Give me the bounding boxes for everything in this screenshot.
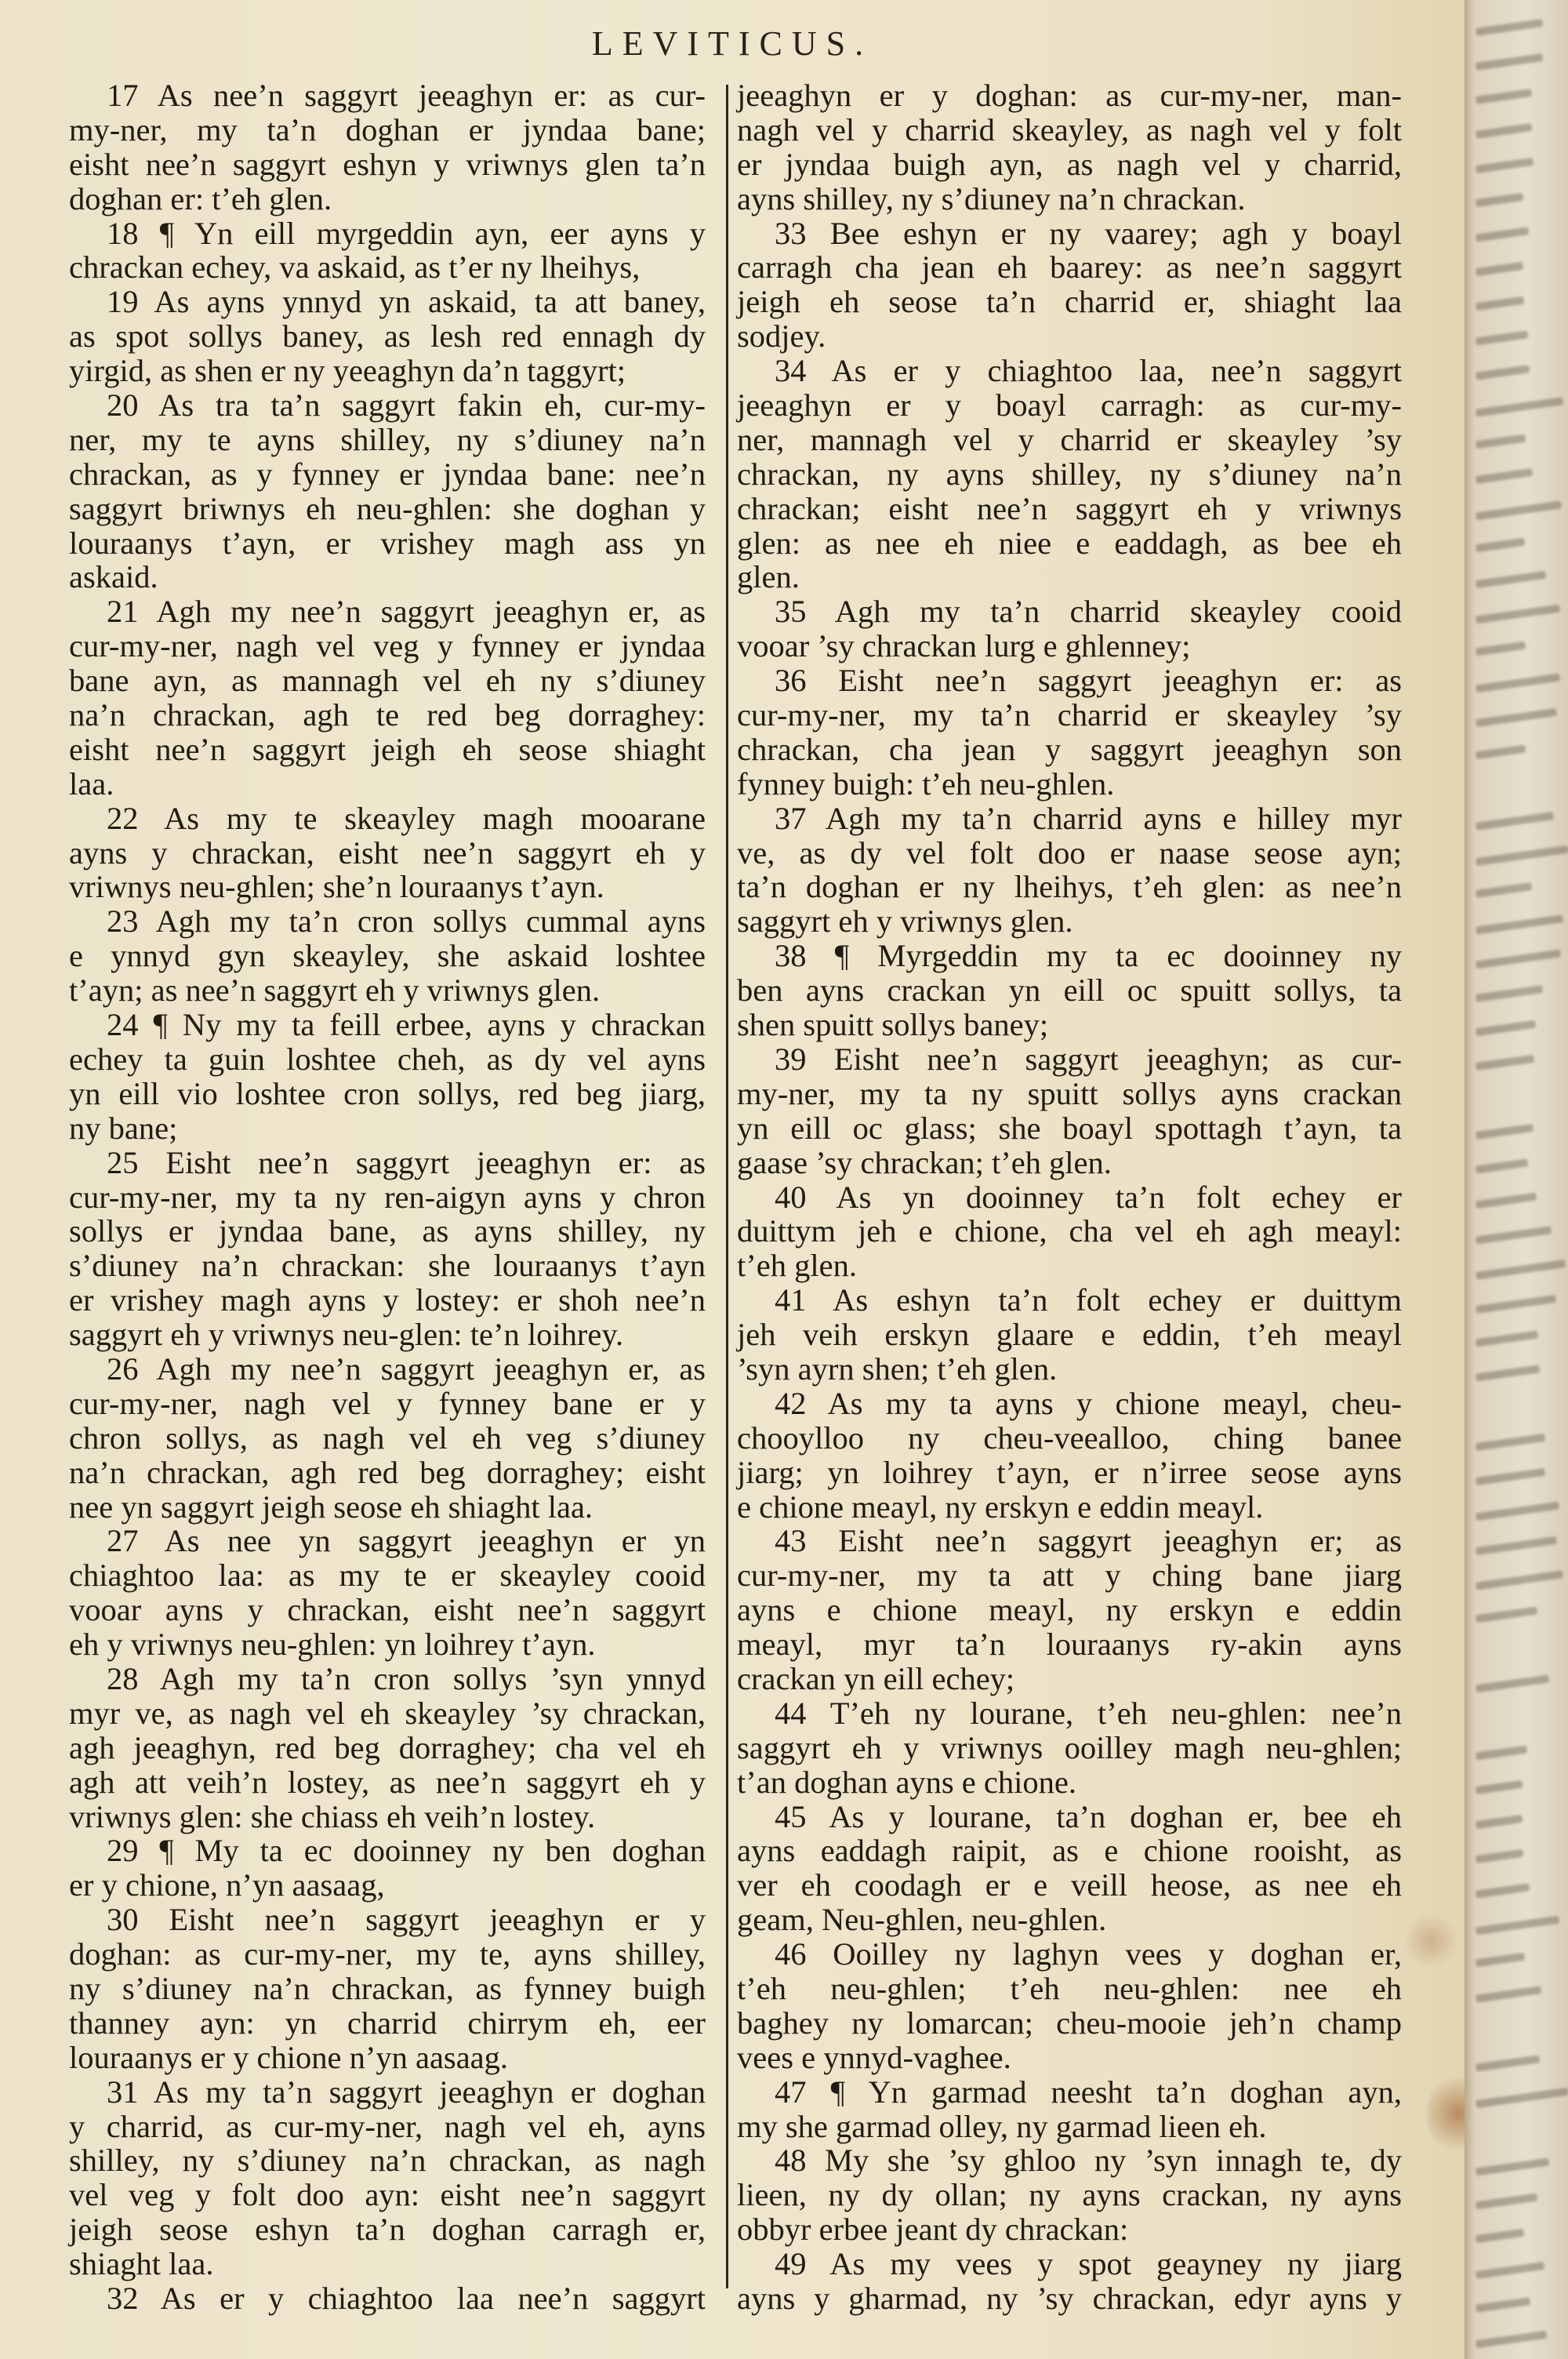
text-line: yn eill oc glass; she boayl spottagh t’a… — [737, 1111, 1402, 1146]
blurred-text-line — [1475, 914, 1563, 934]
text-line: s’diuney na’n chrackan: she louraanys t’… — [69, 1249, 706, 1283]
text-line: jeigh eh seose ta’n charrid er, shiaght … — [737, 285, 1402, 319]
text-line: t’eh glen. — [737, 1249, 1402, 1283]
text-line: fynney buigh: t’eh neu-ghlen. — [737, 767, 1402, 801]
text-line: nee yn saggyrt jeigh seose eh shiaght la… — [69, 1490, 706, 1525]
text-line: 36 Eisht nee’n saggyrt jeeaghyn er: as — [737, 663, 1402, 698]
blurred-text-line — [1475, 1953, 1526, 1968]
blurred-text-line — [1475, 1365, 1541, 1381]
blurred-text-line — [1475, 1815, 1523, 1829]
text-line: glen: as nee eh niee e eaddagh, as bee e… — [737, 526, 1402, 561]
text-line: doghan: as cur-my-ner, my te, ayns shill… — [69, 1937, 706, 1972]
blurred-text-line — [1475, 1295, 1556, 1314]
text-line: cur-my-ner, nagh vel y fynney bane er y — [69, 1387, 706, 1421]
blurred-text-line — [1475, 2088, 1568, 2108]
blurred-text-line — [1475, 330, 1529, 345]
text-line: chrackan, cha jean y saggyrt jeeaghyn so… — [737, 732, 1402, 767]
blurred-text-line — [1475, 1536, 1557, 1555]
blurred-text-line — [1475, 605, 1560, 624]
text-line: gaase ’sy chrackan; t’eh glen. — [737, 1146, 1402, 1180]
text-line: 21 Agh my nee’n saggyrt jeeaghyn er, as — [69, 594, 706, 629]
text-line: cur-my-ner, nagh vel veg y fynney er jyn… — [69, 629, 706, 663]
blurred-text-line — [1475, 642, 1526, 656]
text-line: 32 As er y chiaghtoo laa nee’n saggyrt — [69, 2281, 706, 2316]
text-line: nagh vel y charrid skeayley, as nagh vel… — [737, 113, 1402, 147]
text-line: 17 As nee’n saggyrt jeeaghyn er: as cur- — [69, 78, 706, 113]
text-line: ny bane; — [69, 1111, 706, 1146]
text-line: lieen, ny dy ollan; ny ayns crackan, ny … — [737, 2178, 1402, 2212]
text-line: 41 As eshyn ta’n folt echey er duittym — [737, 1283, 1402, 1318]
text-line: my-ner, my ta ny spuitt sollys ayns crac… — [737, 1077, 1402, 1111]
text-line: askaid. — [69, 560, 706, 594]
text-line: vooar ayns y chrackan, eisht nee’n saggy… — [69, 1593, 706, 1627]
text-line: 28 Agh my ta’n cron sollys ’syn ynnyd — [69, 1662, 706, 1696]
text-line: vriwnys glen: she chiass eh veih’n loste… — [69, 1800, 706, 1834]
text-line: shilley, ny s’diuney na’n chrackan, as n… — [69, 2143, 706, 2178]
blurred-text-line — [1475, 1226, 1552, 1244]
text-line: 29 ¶ My ta ec dooinney ny ben doghan — [69, 1834, 706, 1868]
text-line: thanney ayn: yn charrid chirrym eh, eer — [69, 2006, 706, 2041]
text-line: eisht nee’n saggyrt eshyn y vriwnys glen… — [69, 147, 706, 182]
text-line: chrackan echey, va askaid, as t’er ny lh… — [69, 250, 706, 285]
blurred-text-line — [1475, 1502, 1559, 1521]
blurred-text-line — [1475, 158, 1534, 173]
text-line: ny s’diuney na’n chrackan, as fynney bui… — [69, 1972, 706, 2006]
text-line: jeh veih erskyn glaare e eddin, t’eh mea… — [737, 1318, 1402, 1352]
text-line: 45 As y lourane, ta’n doghan er, bee eh — [737, 1800, 1402, 1834]
text-line: 46 Ooilley ny laghyn vees y doghan er, — [737, 1937, 1402, 1972]
blurred-text-line — [1475, 262, 1524, 276]
text-line: 43 Eisht nee’n saggyrt jeeaghyn er; as — [737, 1524, 1402, 1558]
blurred-text-line — [1475, 674, 1560, 693]
text-line: 48 My she ’sy ghloo ny ’syn innagh te, d… — [737, 2143, 1402, 2178]
blurred-text-line — [1475, 2297, 1531, 2313]
text-line: glen. — [737, 560, 1402, 594]
running-head: LEVITICUS. — [0, 24, 1465, 64]
blurred-text-line — [1475, 2262, 1545, 2279]
text-line: saggyrt briwnys eh neu-ghlen: she doghan… — [69, 492, 706, 526]
blurred-text-line — [1475, 882, 1533, 898]
text-line: na’n chrackan, agh te red beg dorraghey: — [69, 698, 706, 732]
blurred-text-line — [1475, 2331, 1548, 2349]
text-line: ayns eaddagh raipit, as e chione rooisht… — [737, 1834, 1402, 1868]
blurred-text-line — [1475, 434, 1526, 449]
text-line: 42 As my ta ayns y chione meayl, cheu- — [737, 1387, 1402, 1421]
text-line: vriwnys neu-ghlen; she’n louraanys t’ayn… — [69, 870, 706, 904]
text-line: jeeaghyn er y boayl carragh: as cur-my- — [737, 388, 1402, 423]
blurred-text-line — [1475, 2055, 1541, 2071]
text-line: meayl, myr ta’n louraanys ry-akin ayns — [737, 1627, 1402, 1662]
blurred-text-line — [1475, 1570, 1563, 1590]
column-divider — [726, 85, 728, 2288]
blurred-text-line — [1475, 1780, 1523, 1794]
text-line: ner, mannagh vel y charrid er skeayley ’… — [737, 423, 1402, 457]
text-line: er y chione, n’yn aasaag, — [69, 1868, 706, 1903]
text-line: yn eill vio loshtee cron sollys, red beg… — [69, 1077, 706, 1111]
text-line: jeeaghyn er y doghan: as cur-my-ner, man… — [737, 78, 1402, 113]
text-line: ver eh coodagh er e veill heose, as nee … — [737, 1868, 1402, 1903]
text-line: 49 As my vees y spot geayney ny jiarg — [737, 2247, 1402, 2281]
blurred-text-line — [1475, 1124, 1534, 1140]
blurred-text-line — [1475, 985, 1544, 1002]
text-line: cur-my-ner, my ta’n charrid er skeayley … — [737, 698, 1402, 732]
text-line: ayns e chione meayl, ny erskyn e eddin — [737, 1593, 1402, 1627]
blurred-text-line — [1475, 1986, 1542, 2003]
blurred-text-line — [1475, 397, 1563, 416]
text-line: shen spuitt sollys baney; — [737, 1008, 1402, 1042]
blurred-text-line — [1475, 1675, 1549, 1693]
adjacent-page — [1465, 0, 1568, 2359]
blurred-text-line — [1475, 1330, 1539, 1347]
text-line: chron sollys, as nagh vel eh veg s’diune… — [69, 1421, 706, 1456]
text-line: t’an doghan ayns e chione. — [737, 1765, 1402, 1800]
text-line: 35 Agh my ta’n charrid skeayley cooid — [737, 594, 1402, 629]
blurred-text-line — [1475, 538, 1526, 553]
text-line: ayns y gharmad, ny ’sy chrackan, edyr ay… — [737, 2281, 1402, 2316]
blurred-text-line — [1475, 812, 1554, 831]
text-line: 18 ¶ Yn eill myrgeddin ayn, eer ayns y — [69, 216, 706, 251]
text-line: 30 Eisht nee’n saggyrt jeeaghyn er y — [69, 1903, 706, 1937]
text-line: 40 As yn dooinney ta’n folt echey er — [737, 1180, 1402, 1215]
blurred-text-line — [1475, 571, 1547, 588]
text-line: 19 As ayns ynnyd yn askaid, ta att baney… — [69, 285, 706, 319]
text-line: 33 Bee eshyn er ny vaarey; agh y boayl — [737, 216, 1402, 251]
text-line: sollys er jyndaa bane, as ayns shilley, … — [69, 1214, 706, 1249]
blurred-text-line — [1475, 1055, 1535, 1070]
text-line: 22 As my te skeayley magh mooarane — [69, 801, 706, 836]
text-line: e ynnyd gyn skeayley, she askaid loshtee — [69, 939, 706, 973]
text-line: bane ayn, as mannagh vel eh ny s’diuney — [69, 663, 706, 698]
blurred-text-line — [1475, 1849, 1524, 1863]
text-line: ayns y chrackan, eisht nee’n saggyrt eh … — [69, 836, 706, 871]
text-line: vooar ’sy chrackan lurg e ghlenney; — [737, 629, 1402, 663]
text-line: obbyr erbee jeant dy chrackan: — [737, 2212, 1402, 2247]
text-line: y charrid, as cur-my-ner, nagh vel eh, a… — [69, 2110, 706, 2144]
text-line: 34 As er y chiaghtoo laa, nee’n saggyrt — [737, 354, 1402, 388]
right-column: jeeaghyn er y doghan: as cur-my-ner, man… — [737, 78, 1402, 2316]
text-line: myr ve, as nagh vel eh skeayley ’sy chra… — [69, 1696, 706, 1731]
text-line: 25 Eisht nee’n saggyrt jeeaghyn er: as — [69, 1146, 706, 1180]
text-line: as spot sollys baney, as lesh red ennagh… — [69, 319, 706, 354]
text-line: ve, as dy vel folt doo er naase seose ay… — [737, 836, 1402, 871]
text-line: saggyrt eh y vriwnys glen. — [737, 904, 1402, 939]
blurred-text-line — [1475, 2158, 1549, 2176]
text-line: eisht nee’n saggyrt jeigh eh seose shiag… — [69, 732, 706, 767]
blurred-text-line — [1475, 1434, 1546, 1451]
text-line: 23 Agh my ta’n cron sollys cummal ayns — [69, 904, 706, 939]
blurred-text-line — [1475, 1259, 1566, 1280]
blurred-text-line — [1475, 745, 1526, 760]
text-line: ta’n doghan er ny lheihys, t’eh glen: as… — [737, 870, 1402, 904]
text-line: vel veg y folt doo ayn: eisht nee’n sagg… — [69, 2178, 706, 2212]
blurred-text-line — [1475, 708, 1557, 727]
text-line: eh y vriwnys neu-ghlen: yn loihrey t’ayn… — [69, 1627, 706, 1662]
text-line: cur-my-ner, my ta ny ren-aigyn ayns y ch… — [69, 1180, 706, 1215]
blurred-text-line — [1475, 1745, 1528, 1760]
text-line: saggyrt eh y vriwnys ooilley magh neu-gh… — [737, 1731, 1402, 1765]
text-line: ner, my te ayns shilley, ny s’diuney na’… — [69, 423, 706, 457]
text-line: 24 ¶ Ny my ta feill erbee, ayns y chrack… — [69, 1008, 706, 1042]
blurred-text-line — [1475, 193, 1524, 207]
text-line: chrackan; eisht nee’n saggyrt eh y vriwn… — [737, 492, 1402, 526]
text-line: er jyndaa buigh ayn, as nagh vel y charr… — [737, 147, 1402, 182]
text-line: carragh cha jean eh baarey: as nee’n sag… — [737, 250, 1402, 285]
blurred-text-line — [1475, 1158, 1529, 1173]
text-line: cur-my-ner, my ta att y ching bane jiarg — [737, 1558, 1402, 1593]
blurred-text-line — [1475, 296, 1525, 311]
text-line: shiaght laa. — [69, 2247, 706, 2281]
text-line: chooylloo ny cheu-veealloo, ching banee — [737, 1421, 1402, 1456]
text-line: 26 Agh my nee’n saggyrt jeeaghyn er, as — [69, 1352, 706, 1387]
text-line: geam, Neu-ghlen, neu-ghlen. — [737, 1903, 1402, 1937]
text-line: doghan er: t’eh glen. — [69, 182, 706, 216]
text-line: louraanys t’ayn, er vrishey magh ass yn — [69, 526, 706, 561]
text-line: duittym jeh e chione, cha vel eh agh mea… — [737, 1214, 1402, 1249]
text-line: laa. — [69, 767, 706, 801]
text-line: saggyrt eh y vriwnys neu-glen: te’n loih… — [69, 1318, 706, 1352]
text-line: 39 Eisht nee’n saggyrt jeeaghyn; as cur- — [737, 1042, 1402, 1077]
blurred-text-line — [1475, 500, 1562, 520]
text-line: my she garmad olley, ny garmad lieen eh. — [737, 2110, 1402, 2144]
blurred-text-line — [1475, 123, 1533, 139]
text-line: vees e ynnyd-vaghee. — [737, 2041, 1402, 2075]
blurred-text-line — [1475, 2229, 1525, 2244]
text-line: agh att veih’n lostey, as nee’n saggyrt … — [69, 1765, 706, 1800]
blurred-text-line — [1475, 1883, 1530, 1899]
text-line: jiarg; yn loihrey t’ayn, er n’irree seos… — [737, 1456, 1402, 1490]
text-line: yirgid, as shen er ny yeeaghyn da’n tagg… — [69, 354, 706, 388]
text-line: na’n chrackan, agh red beg dorraghey; ei… — [69, 1456, 706, 1490]
book-page: LEVITICUS. 17 As nee’n saggyrt jeeaghyn … — [0, 0, 1465, 2359]
blurred-text-line — [1475, 19, 1544, 36]
text-line: 38 ¶ Myrgeddin my ta ec dooinney ny — [737, 939, 1402, 973]
text-line: jeigh seose eshyn ta’n doghan carragh er… — [69, 2212, 706, 2247]
text-line: ayns shilley, ny s’diuney na’n chrackan. — [737, 182, 1402, 216]
text-line: 31 As my ta’n saggyrt jeeaghyn er doghan — [69, 2075, 706, 2110]
blurred-text-line — [1475, 1020, 1537, 1037]
text-line: crackan yn eill echey; — [737, 1662, 1402, 1696]
text-line: louraanys er y chione n’yn aasaag. — [69, 2041, 706, 2075]
blurred-text-line — [1475, 949, 1561, 969]
text-line: 44 T’eh ny lourane, t’eh neu-ghlen: nee’… — [737, 1696, 1402, 1731]
blurred-text-line — [1475, 468, 1534, 484]
text-line: t’ayn; as nee’n saggyrt eh y vriwnys gle… — [69, 973, 706, 1008]
blurred-text-line — [1475, 1468, 1546, 1485]
blurred-text-line — [1475, 1607, 1538, 1623]
blurred-text-line — [1475, 845, 1568, 866]
text-line: ben ayns crackan yn eill oc spuitt solly… — [737, 973, 1402, 1008]
text-line: t’eh neu-ghlen; t’eh neu-ghlen: nee eh — [737, 1972, 1402, 2006]
text-line: chrackan, as y fynney er jyndaa bane: ne… — [69, 457, 706, 492]
text-line: ’syn ayrn shen; t’eh glen. — [737, 1352, 1402, 1387]
text-line: 27 As nee yn saggyrt jeeaghyn er yn — [69, 1524, 706, 1558]
text-line: chrackan, ny ayns shilley, ny s’diuney n… — [737, 457, 1402, 492]
blurred-text-line — [1475, 1916, 1559, 1936]
blurred-text-line — [1475, 365, 1530, 380]
text-line: my-ner, my ta’n doghan er jyndaa bane; — [69, 113, 706, 147]
text-line: echey ta guin loshtee cheh, as dy vel ay… — [69, 1042, 706, 1077]
text-line: 47 ¶ Yn garmad neesht ta’n doghan ayn, — [737, 2075, 1402, 2110]
blurred-text-line — [1475, 227, 1530, 242]
text-line: baghey ny lomarcan; cheu-mooie jeh’n cha… — [737, 2006, 1402, 2041]
text-line: 20 As tra ta’n saggyrt fakin eh, cur-my- — [69, 388, 706, 423]
foxing-stain — [1403, 1914, 1458, 1968]
blurred-text-line — [1475, 53, 1544, 71]
blurred-text-line — [1475, 1193, 1537, 1209]
text-line: agh jeeaghyn, red beg dorraghey; cha vel… — [69, 1731, 706, 1765]
blurred-text-line — [1475, 89, 1533, 104]
text-line: er vrishey magh ayns y lostey: er shoh n… — [69, 1283, 706, 1318]
blurred-text-line — [1475, 2194, 1538, 2210]
text-line: chiaghtoo laa: as my te er skeayley cooi… — [69, 1558, 706, 1593]
text-line: e chione meayl, ny erskyn e eddin meayl. — [737, 1490, 1402, 1525]
text-line: 37 Agh my ta’n charrid ayns e hilley myr — [737, 801, 1402, 836]
text-line: sodjey. — [737, 319, 1402, 354]
left-column: 17 As nee’n saggyrt jeeaghyn er: as cur-… — [69, 78, 706, 2316]
